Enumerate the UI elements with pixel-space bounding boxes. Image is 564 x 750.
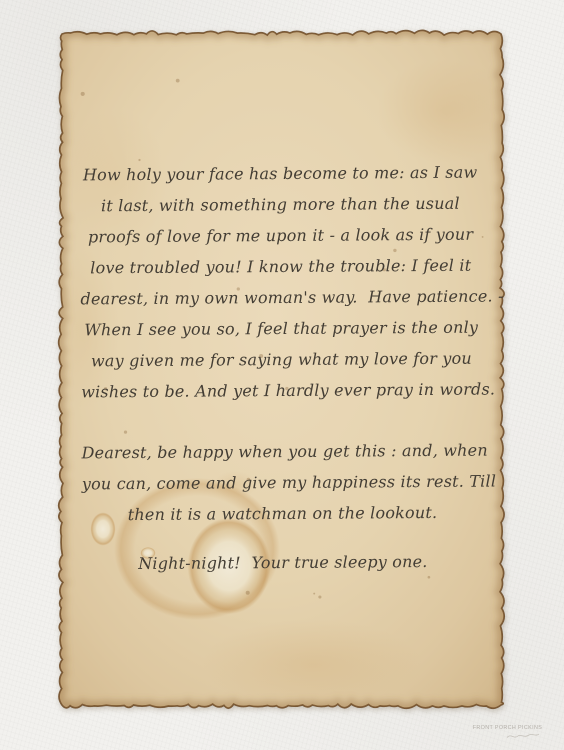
letter-line: When I see you so, I feel that prayer is… <box>81 312 482 346</box>
letter-line: dearest, in my own woman's way. Have pat… <box>80 281 481 315</box>
letter-line: Dearest, be happy when you get this : an… <box>81 435 482 469</box>
letter-paper: How holy your face has become to me: as … <box>57 29 506 710</box>
letter-line: proofs of love for me upon it - a look a… <box>80 219 481 253</box>
speckle-dot <box>318 595 321 598</box>
letter-signoff: Night-night! Your true sleepy one. <box>82 546 483 580</box>
speckle-dot <box>176 79 180 83</box>
speckle-dot <box>81 92 85 96</box>
letter-line: you can, come and give my happiness its … <box>82 466 483 500</box>
speckle-dot <box>482 236 484 238</box>
letter-text: How holy your face has become to me: as … <box>80 157 484 580</box>
letter-line: Night-night! Your true sleepy one. <box>82 546 483 580</box>
letter-line: wishes to be. And yet I hardly ever pray… <box>81 374 482 408</box>
art-print: How holy your face has become to me: as … <box>0 0 564 750</box>
letter-line: way given me for saying what my love for… <box>81 343 482 377</box>
letter-line: How holy your face has become to me: as … <box>80 157 481 191</box>
letter-paragraph: How holy your face has become to me: as … <box>80 157 483 408</box>
brand-mark: FRONT PORCH PICKINS <box>465 725 542 740</box>
letter-line: then it is a watchman on the lookout. <box>82 497 483 531</box>
letter-line: love troubled you! I know the trouble: I… <box>80 250 481 284</box>
signature-flourish-icon <box>506 731 540 740</box>
letter-paragraph: Dearest, be happy when you get this : an… <box>81 435 483 531</box>
speckle-dot <box>246 591 250 595</box>
speckle-dot <box>313 593 315 595</box>
brand-name: FRONT PORCH PICKINS <box>473 725 542 730</box>
letter-line: it last, with something more than the us… <box>80 188 481 222</box>
